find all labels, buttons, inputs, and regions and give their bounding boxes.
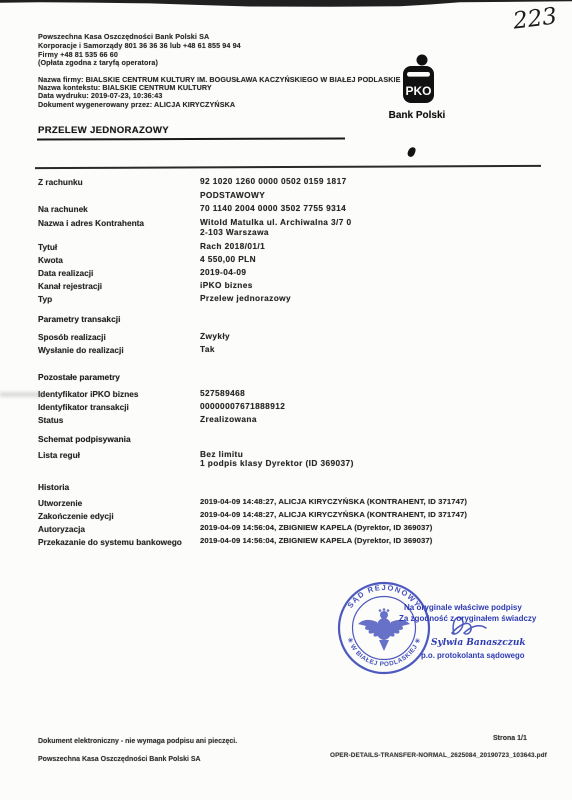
header-bank-name: Powszechna Kasa Oszczędności Bank Polski… xyxy=(38,32,209,41)
document-title: PRZELEW JEDNORAZOWY xyxy=(38,125,169,136)
court-seal-icon: SĄD REJONOWY ✳ W BIAŁEJ PODLASKIEJ ✳ xyxy=(336,580,432,676)
scanned-document-page: 223 Powszechna Kasa Oszczędności Bank Po… xyxy=(0,0,572,800)
label-data-realizacji: Data realizacji xyxy=(38,268,93,278)
label-identyfikator-transakcji: Identyfikator transakcji xyxy=(38,402,129,412)
footer-filename: OPER-DETAILS-TRANSFER-NORMAL_2625084_201… xyxy=(330,752,547,759)
pko-bank-logo-icon: PKO xyxy=(401,52,437,106)
value-from-account-name: PODSTAWOWY xyxy=(200,190,265,200)
section-parametry-transakcji: Parametry transakcji xyxy=(38,314,120,324)
label-sposob-realizacji: Sposób realizacji xyxy=(38,332,106,342)
value-identyfikator-transakcji: 00000007671888912 xyxy=(200,401,285,411)
label-na-rachunek: Na rachunek xyxy=(38,204,88,214)
value-kontrahent-line2: 2-103 Warszawa xyxy=(200,227,269,237)
value-identyfikator-ipko: 527589468 xyxy=(200,388,245,398)
value-przekazanie-do-systemu: 2019-04-09 14:56:04, ZBIGNIEW KAPELA (Dy… xyxy=(200,536,432,545)
label-zakonczenie-edycji: Zakończenie edycji xyxy=(38,511,114,521)
header-print-date: Data wydruku: 2019-07-23, 10:36:43 xyxy=(38,91,162,100)
header-fee-note: (Opłata zgodna z taryfą operatora) xyxy=(38,58,158,67)
label-status: Status xyxy=(38,415,63,425)
stamp-signer-title: p.o. protokolanta sądowego xyxy=(421,651,525,660)
handwritten-page-number: 223 xyxy=(505,0,567,36)
label-lista-regul: Lista reguł xyxy=(38,450,80,460)
value-status: Zrealizowana xyxy=(200,414,257,424)
label-przekazanie-do-systemu: Przekazanie do systemu bankowego xyxy=(38,537,182,547)
label-utworzenie: Utworzenie xyxy=(38,498,82,508)
scan-smudge xyxy=(0,392,44,397)
footer-electronic-note: Dokument elektroniczny - nie wymaga podp… xyxy=(38,738,237,745)
scan-edge-artifact xyxy=(0,0,572,8)
section-schemat-podpisywania: Schemat podpisywania xyxy=(38,434,131,444)
value-wyslanie-do-realizacji: Tak xyxy=(200,344,215,354)
value-from-account-number: 92 1020 1260 0000 0502 0159 1817 xyxy=(200,176,347,186)
footer-bank-name: Powszechna Kasa Oszczędności Bank Polski… xyxy=(38,756,201,763)
label-kontrahent: Nazwa i adres Kontrahenta xyxy=(38,218,144,228)
label-identyfikator-ipko: Identyfikator iPKO biznes xyxy=(38,389,139,399)
section-pozostale-parametry: Pozostałe parametry xyxy=(38,372,120,382)
pko-logo-monogram: PKO xyxy=(405,84,431,98)
header-generated-by: Dokument wygenerowany przez: ALICJA KIRY… xyxy=(38,100,235,109)
value-typ: Przelew jednorazowy xyxy=(200,293,291,303)
value-lista-regul-line2: 1 podpis klasy Dyrektor (ID 369037) xyxy=(200,458,354,468)
value-kwota: 4 550,00 PLN xyxy=(200,254,256,264)
label-typ: Typ xyxy=(38,294,52,304)
section-divider-rule xyxy=(35,165,541,169)
label-z-rachunku: Z rachunku xyxy=(38,177,83,187)
value-to-account-number: 70 1140 2004 0000 3502 7755 9314 xyxy=(200,203,346,213)
pko-logo-label: Bank Polski xyxy=(382,110,452,121)
label-tytul: Tytuł xyxy=(38,242,57,252)
value-kontrahent-line1: Witold Matulka ul. Archiwalna 3/7 0 xyxy=(200,217,351,227)
ink-mark xyxy=(407,146,417,158)
value-kanal-rejestracji: iPKO biznes xyxy=(200,280,253,290)
value-sposob-realizacji: Zwykły xyxy=(200,331,230,341)
label-kwota: Kwota xyxy=(38,255,63,265)
label-kanal-rejestracji: Kanał rejestracji xyxy=(38,281,102,291)
value-zakonczenie-edycji: 2019-04-09 14:48:27, ALICJA KIRYCZYŃSKA … xyxy=(200,510,467,519)
value-tytul: Rach 2018/01/1 xyxy=(200,241,265,251)
title-underline xyxy=(37,137,345,140)
value-data-realizacji: 2019-04-09 xyxy=(200,267,246,277)
header-phone-corporate: Korporacje i Samorządy 801 36 36 36 lub … xyxy=(38,41,241,50)
section-historia: Historia xyxy=(38,482,69,492)
footer-page-number: Strona 1/1 xyxy=(493,735,527,742)
label-wyslanie-do-realizacji: Wysłanie do realizacji xyxy=(38,345,124,355)
value-autoryzacja: 2019-04-09 14:56:04, ZBIGNIEW KAPELA (Dy… xyxy=(200,523,432,532)
label-autoryzacja: Autoryzacja xyxy=(38,524,85,534)
stamp-signer-name: Sylwia Banaszczuk xyxy=(431,638,526,648)
handwritten-page-number-text: 223 xyxy=(511,3,559,34)
value-utworzenie: 2019-04-09 14:48:27, ALICJA KIRYCZYŃSKA … xyxy=(200,497,467,506)
